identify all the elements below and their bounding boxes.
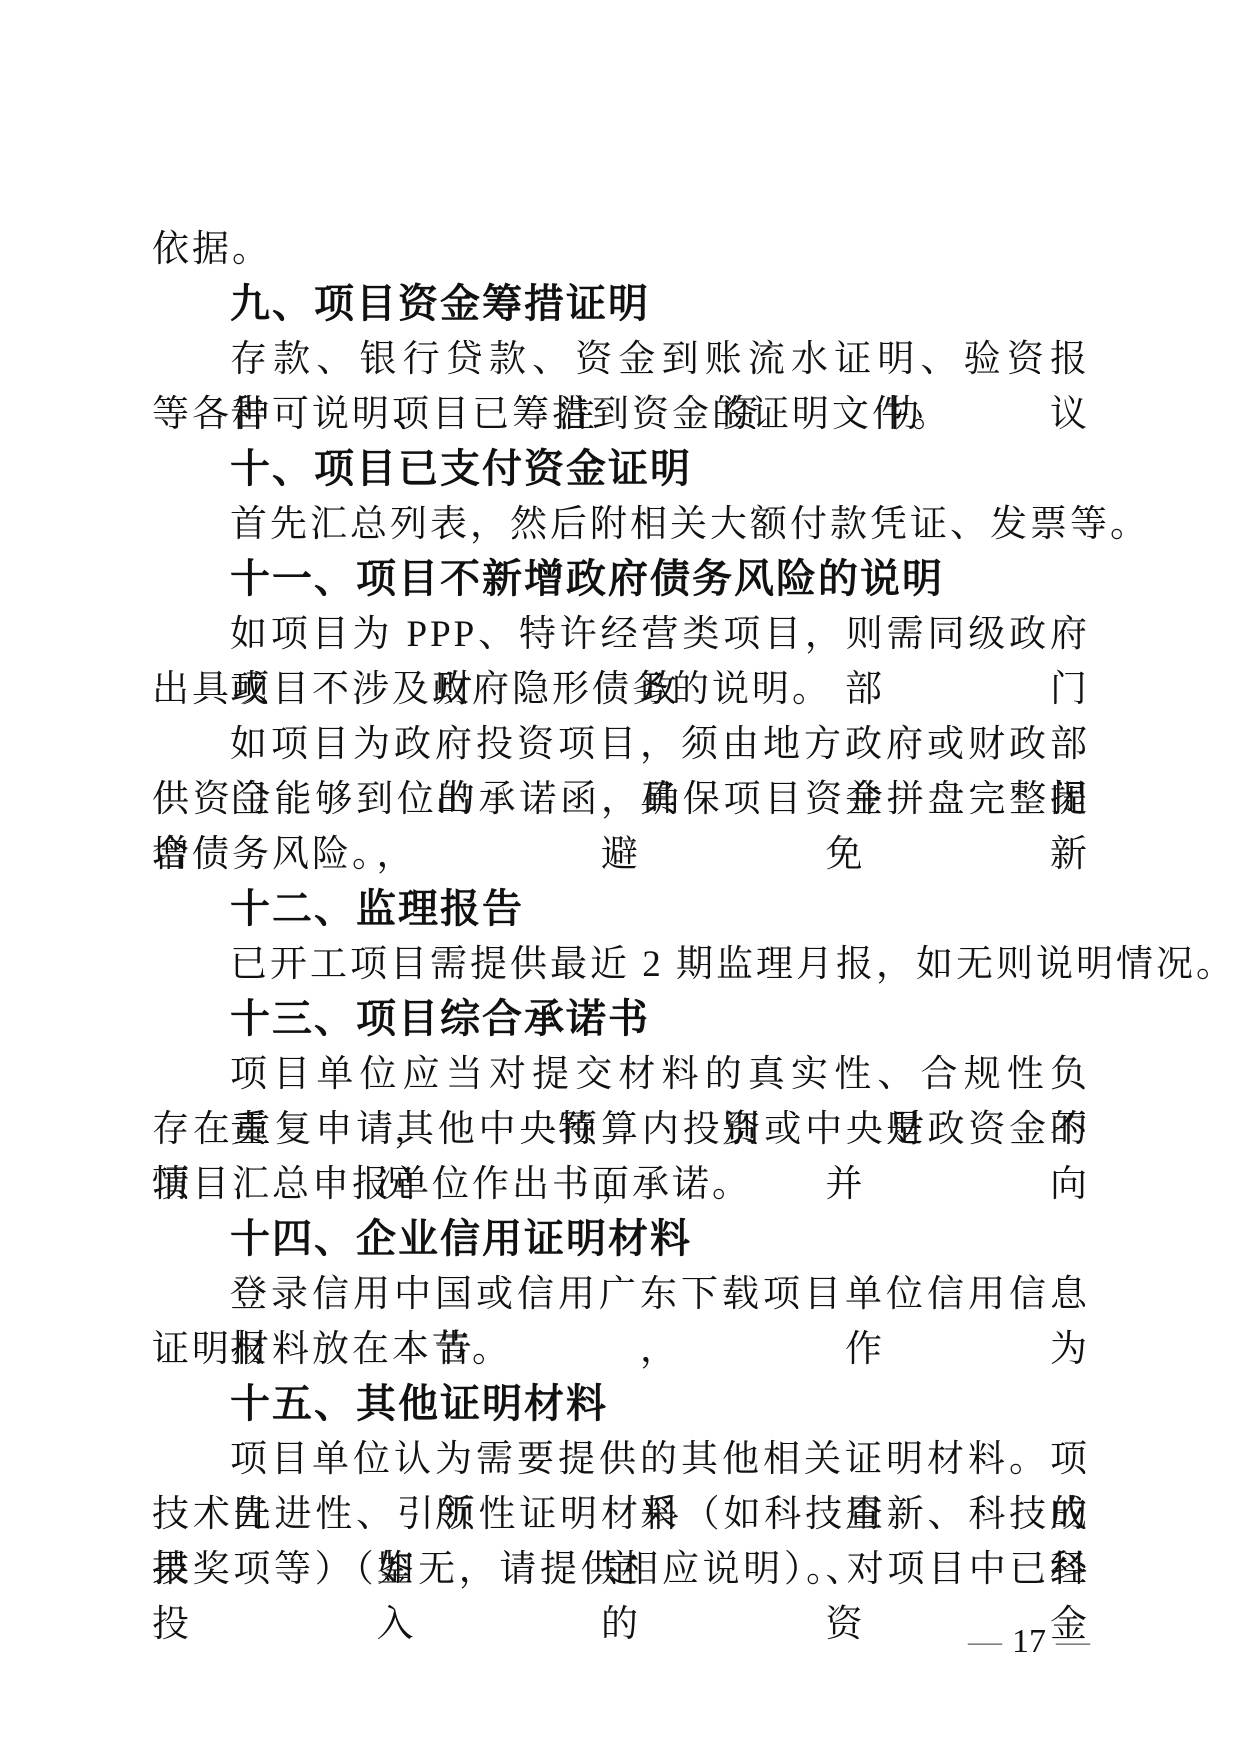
document-page: 依据。 九、项目资金筹措证明 存款、银行贷款、资金到账流水证明、验资报告、注资协… xyxy=(0,0,1240,1753)
footer-dash-right: — xyxy=(1056,1623,1090,1660)
text-line: 存在重复申请其他中央预算内投资或中央财政资金的情况，并向 xyxy=(152,1102,1090,1157)
section-heading: 十、项目已支付资金证明 xyxy=(152,442,1090,497)
section-heading: 十一、项目不新增政府债务风险的说明 xyxy=(152,552,1090,607)
text-line: 首先汇总列表，然后附相关大额付款凭证、发票等。 xyxy=(152,497,1090,552)
section-heading: 十三、项目综合承诺书 xyxy=(152,992,1090,1047)
text-line: 如项目为政府投资项目，须由地方政府或财政部门出具并提 xyxy=(152,717,1090,772)
page-footer: —17— xyxy=(968,1622,1090,1662)
text-line: 供资金能够到位的承诺函，确保项目资金拼盘完整闭合，避免新 xyxy=(152,772,1090,827)
text-line: 依据。 xyxy=(152,222,1090,277)
section-heading: 十五、其他证明材料 xyxy=(152,1377,1090,1432)
section-heading: 十二、监理报告 xyxy=(152,882,1090,937)
footer-dash-left: — xyxy=(968,1623,1002,1660)
text-line: 技术先进性、引领性证明材料（如科技查新、科技成果鉴定、科 xyxy=(152,1487,1090,1542)
text-line: 如项目为 PPP、特许经营类项目，则需同级政府或财政部门 xyxy=(152,607,1090,662)
text-line: 等各种可说明项目已筹措到资金的证明文件。 xyxy=(152,387,1090,442)
text-line: 项目单位认为需要提供的其他相关证明材料。项目所采用的 xyxy=(152,1432,1090,1487)
text-line: 项目单位应当对提交材料的真实性、合规性负责，特别是不 xyxy=(152,1047,1090,1102)
page-number: 17 xyxy=(1012,1623,1046,1660)
section-heading: 九、项目资金筹措证明 xyxy=(152,277,1090,332)
section-heading: 十四、企业信用证明材料 xyxy=(152,1212,1090,1267)
document-body: 依据。 九、项目资金筹措证明 存款、银行贷款、资金到账流水证明、验资报告、注资协… xyxy=(152,222,1090,1597)
text-line: 技奖项等）（如无，请提供相应说明）。对项目中已经投入的资金 xyxy=(152,1542,1090,1597)
text-line: 存款、银行贷款、资金到账流水证明、验资报告、注资协议 xyxy=(152,332,1090,387)
text-line: 已开工项目需提供最近 2 期监理月报，如无则说明情况。 xyxy=(152,937,1090,992)
text-line: 登录信用中国或信用广东下载项目单位信用信息报告，作为 xyxy=(152,1267,1090,1322)
